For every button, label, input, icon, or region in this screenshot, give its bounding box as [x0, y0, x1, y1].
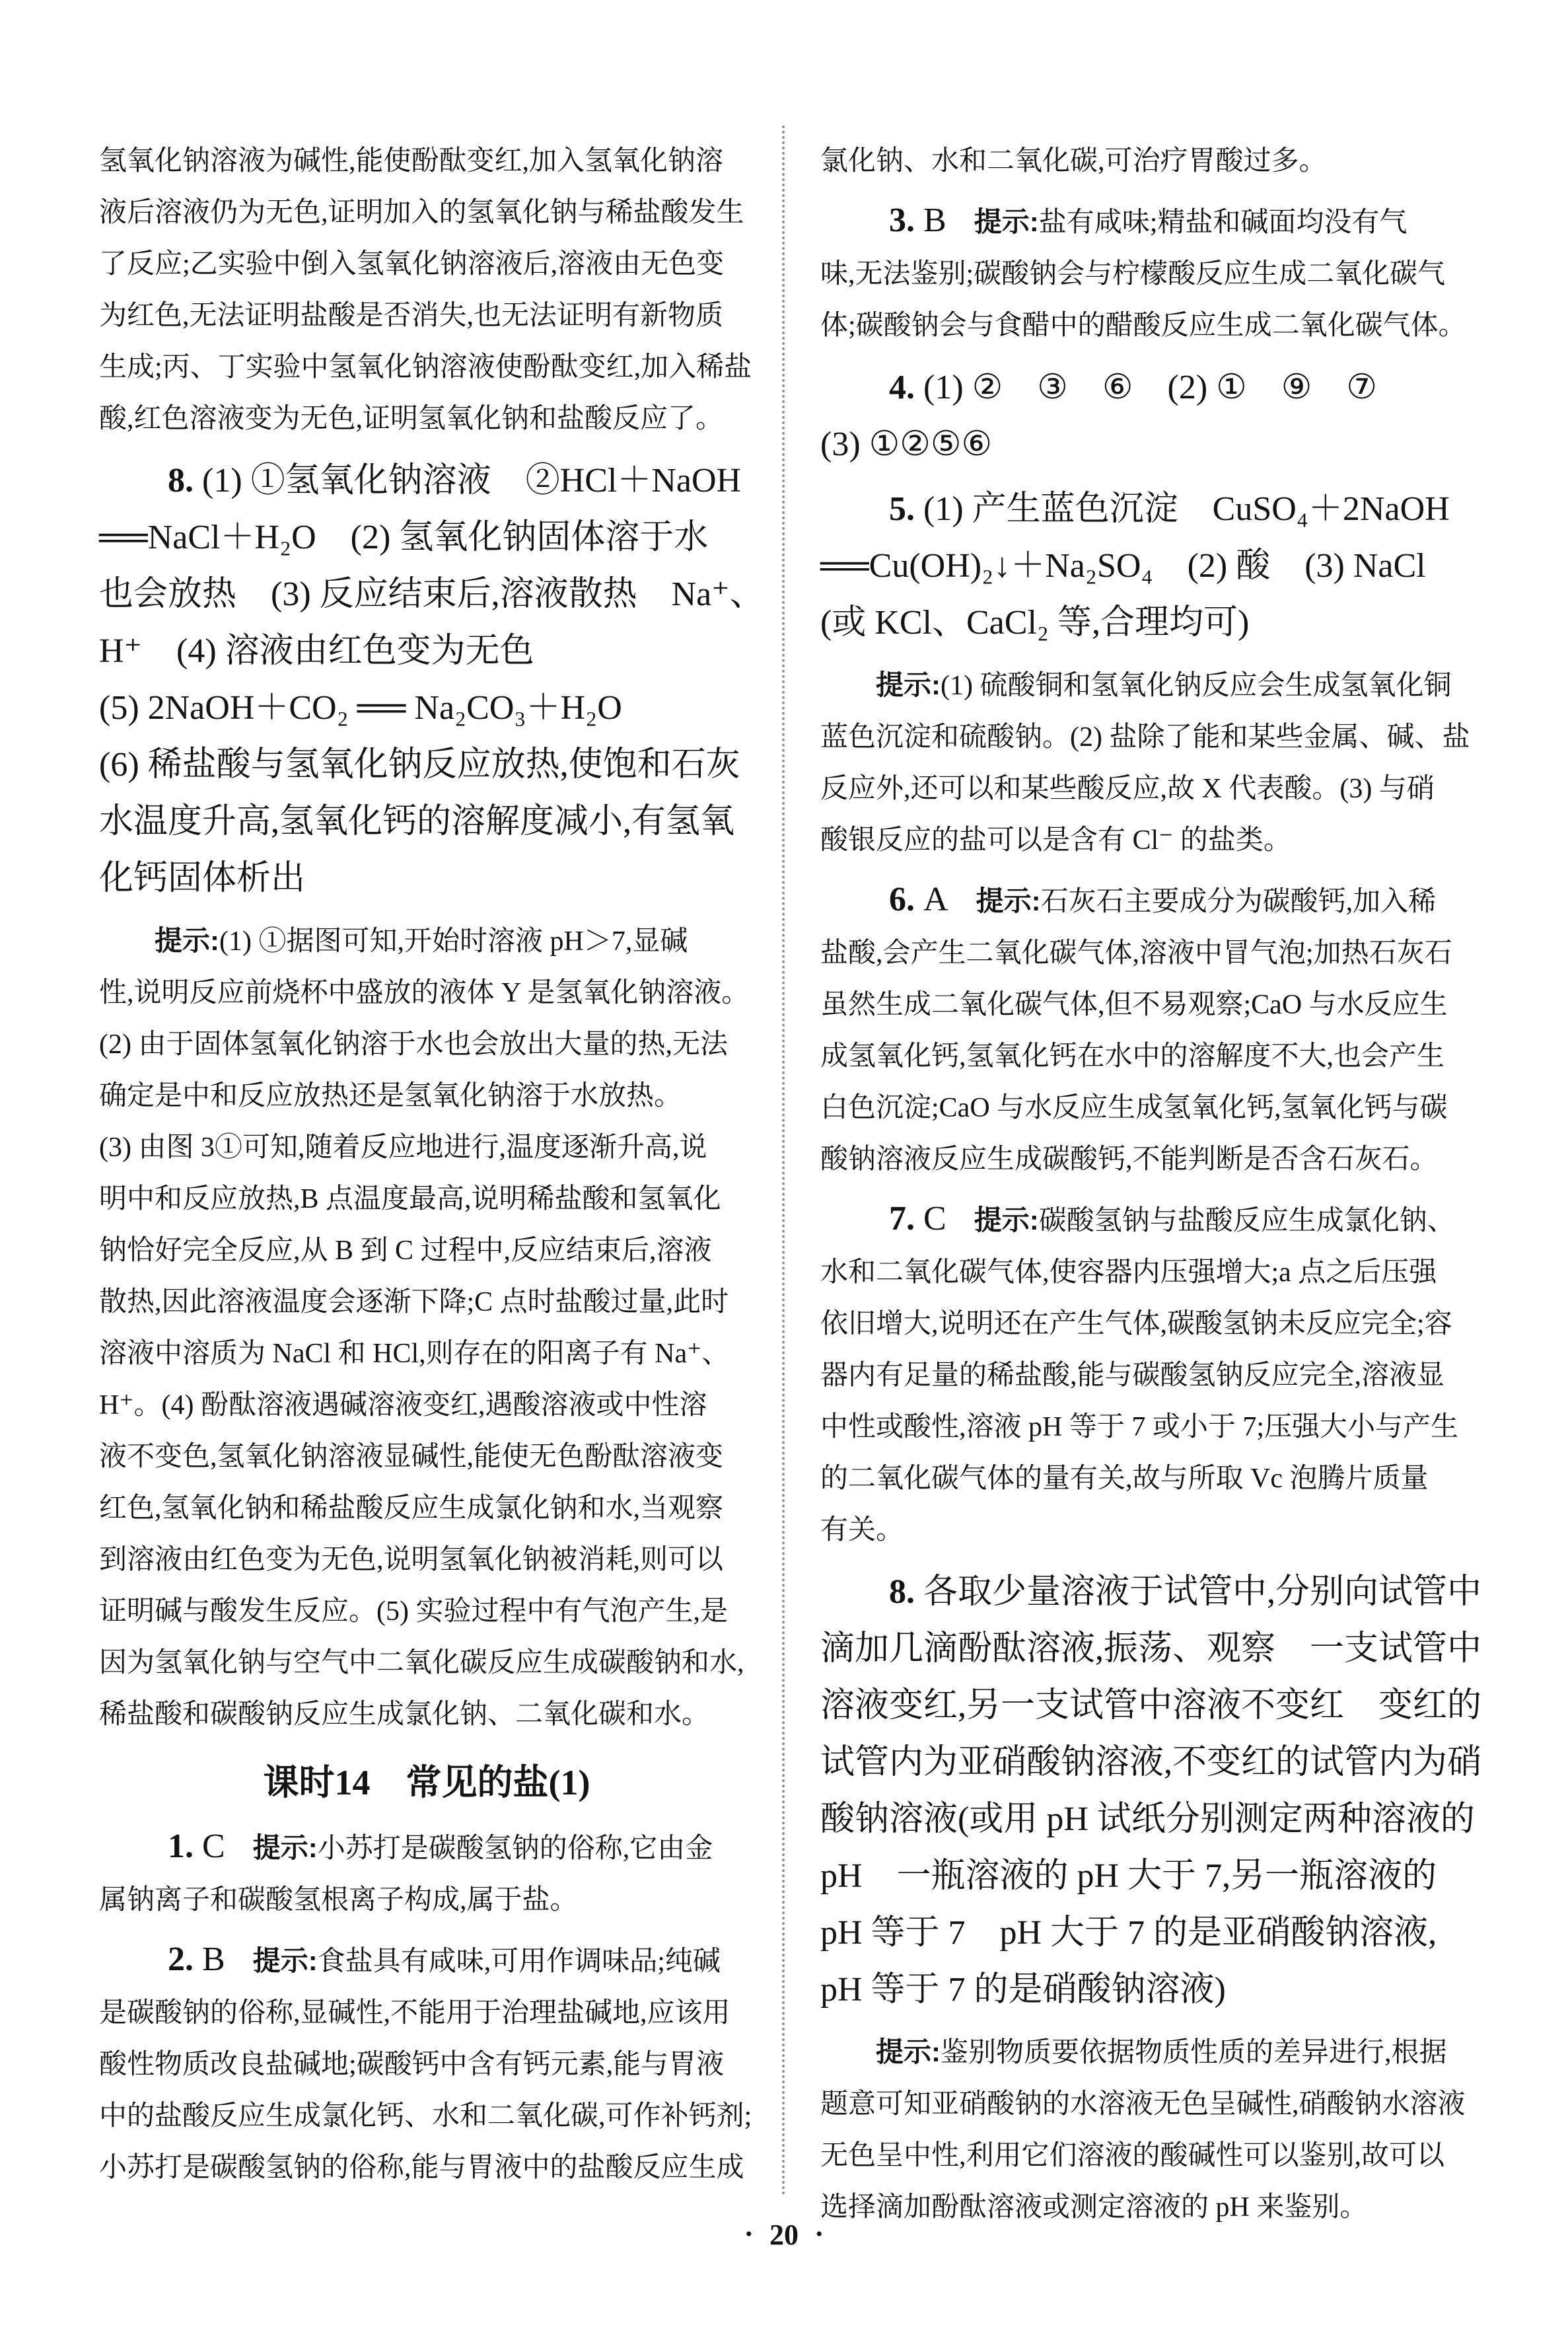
text-segment: 液后溶液仍为无色,证明加入的氢氧化钠与稀盐酸发生 [99, 198, 744, 228]
text-segment: 体;碳酸钠会与食醋中的醋酸反应生成二氧化碳气体。 [820, 311, 1466, 341]
text-segment: (1) ①氢氧化钠溶液 ②HCl＋NaOH [202, 462, 741, 499]
item-number: 3. [889, 202, 923, 239]
text-segment: (6) 稀盐酸与氢氧化钠反应放热,使饱和石灰 [99, 746, 740, 784]
text-segment: 题意可知亚硝酸钠的水溶液无色呈碱性,硝酸钠水溶液 [820, 2089, 1466, 2120]
text-line: 5. (1) 产生蓝色沉淀 CuSO₄＋2NaOH [820, 481, 1476, 538]
text-line: pH 等于 7 的是硝酸钠溶液) [820, 1962, 1476, 2018]
text-line: 为红色,无法证明盐酸是否消失,也无法证明有新物质 [99, 290, 754, 342]
text-line: 的二氧化碳气体的量有关,故与所取 Vc 泡腾片质量 [820, 1453, 1476, 1504]
text-segment: 溶液变红,另一支试管中溶液不变红 变红的 [820, 1687, 1481, 1724]
text-line: 也会放热 (3) 反应结束后,溶液散热 Na⁺、 [99, 566, 754, 623]
paragraph: 6. A 提示:石灰石主要成分为碳酸钙,加入稀盐酸,会产生二氧化碳气体,溶液中冒… [820, 874, 1476, 1185]
text-line: (3) ①②⑤⑥ [820, 416, 1476, 473]
text-line: 6. A 提示:石灰石主要成分为碳酸钙,加入稀 [820, 874, 1476, 928]
text-line: 溶液变红,另一支试管中溶液不变红 变红的 [820, 1678, 1476, 1734]
text-line: 中性或酸性,溶液 pH 等于 7 或小于 7;压强大小与产生 [820, 1401, 1476, 1453]
hint-label: 提示: [876, 2036, 941, 2067]
text-segment: ══NaCl＋H₂O (2) 氢氧化钠固体溶于水 [99, 519, 708, 556]
text-segment: 食盐具有咸味,可用作调味品;纯碱 [318, 1946, 721, 1977]
text-segment [99, 926, 155, 957]
text-segment: 也会放热 (3) 反应结束后,溶液散热 Na⁺、 [99, 575, 764, 613]
hint-label: 提示: [253, 1945, 318, 1976]
text-segment: 化钙固体析出 [99, 860, 305, 897]
text-segment: (2) 由于固体氢氧化钠溶于水也会放出大量的热,无法 [99, 1029, 728, 1060]
text-line: (或 KCl、CaCl₂ 等,合理均可) [820, 595, 1476, 651]
text-segment [99, 1940, 168, 1978]
item-number: 8. [820, 1573, 923, 1611]
text-segment: 证明碱与酸发生反应。(5) 实验过程中有气泡产生,是 [99, 1596, 728, 1627]
text-line: 是碳酸钠的俗称,显碱性,不能用于治理盐碱地,应该用 [99, 1987, 754, 2039]
text-line: 白色沉淀;CaO 与水反应生成氢氧化钙,氢氧化钙与碳 [820, 1082, 1476, 1134]
text-line: 中的盐酸反应生成氯化钙、水和二氧化碳,可作补钙剂; [99, 2090, 754, 2142]
text-segment: 盐酸,会产生二氧化碳气体,溶液中冒气泡;加热石灰石 [820, 938, 1452, 969]
item-number: 1. [168, 1827, 202, 1865]
text-segment: 酸钠溶液(或用 pH 试纸分别测定两种溶液的 [820, 1800, 1475, 1838]
text-segment: 中性或酸性,溶液 pH 等于 7 或小于 7;压强大小与产生 [820, 1412, 1458, 1442]
item-number: 2. [168, 1940, 202, 1978]
text-line: pH 等于 7 pH 大于 7 的是亚硝酸钠溶液, [820, 1905, 1476, 1962]
text-segment: 的二氧化碳气体的量有关,故与所取 Vc 泡腾片质量 [820, 1463, 1428, 1494]
text-line: 水温度升高,氢氧化钙的溶解度减小,有氢氧 [99, 793, 754, 850]
text-segment: 酸性物质改良盐碱地;碳酸钙中含有钙元素,能与胃液 [99, 2049, 724, 2080]
text-line: (2) 由于固体氢氧化钠溶于水也会放出大量的热,无法 [99, 1019, 754, 1070]
text-line: 提示:(1) 硫酸铜和氢氧化钠反应会生成氢氧化铜 [820, 659, 1476, 712]
text-segment: pH 一瓶溶液的 pH 大于 7,另一瓶溶液的 [820, 1857, 1437, 1895]
text-segment: 了反应;乙实验中倒入氢氧化钠溶液后,溶液由无色变 [99, 249, 724, 279]
text-segment: (1) ② ③ ⑥ (2) ① ⑨ ⑦ [923, 369, 1377, 406]
footer-dot-right: • [816, 2223, 823, 2245]
paragraph: 8. (1) ①氢氧化钠溶液 ②HCl＋NaOH══NaCl＋H₂O (2) 氢… [99, 453, 754, 907]
text-line: 蓝色沉淀和硫酸钠。(2) 盐除了能和某些金属、碱、盐 [820, 712, 1476, 763]
text-segment [820, 671, 876, 701]
text-line: 8. 各取少量溶液于试管中,分别向试管中 [820, 1564, 1476, 1621]
text-line: 明中和反应放热,B 点温度最高,说明稀盐酸和氢氧化 [99, 1173, 754, 1225]
text-line: 氯化钠、水和二氧化碳,可治疗胃酸过多。 [820, 135, 1476, 187]
text-line: 证明碱与酸发生反应。(5) 实验过程中有气泡产生,是 [99, 1586, 754, 1637]
text-segment: 小苏打是碳酸氢钠的俗称,它由金 [318, 1833, 713, 1864]
text-segment: 成氢氧化钙,氢氧化钙在水中的溶解度不大,也会产生 [820, 1041, 1444, 1072]
item-number: 5. [820, 490, 923, 528]
text-line: 小苏打是碳酸氢钠的俗称,能与胃液中的盐酸反应生成 [99, 2142, 754, 2194]
text-segment: 碳酸氢钠与盐酸反应生成氯化钠、 [1039, 1206, 1455, 1236]
text-segment: B [202, 1940, 225, 1978]
text-segment [225, 1946, 253, 1977]
text-segment [820, 202, 889, 239]
answer-page: 氢氧化钠溶液为碱性,能使酚酞变红,加入氢氧化钠溶液后溶液仍为无色,证明加入的氢氧… [0, 0, 1568, 2325]
hint-label: 提示: [974, 1204, 1039, 1236]
item-number: 4. [820, 369, 923, 406]
text-line: 性,说明反应前烧杯中盛放的液体 Y 是氢氧化钠溶液。 [99, 967, 754, 1019]
text-segment: 水和二氧化碳气体,使容器内压强增大;a 点之后压强 [820, 1257, 1437, 1288]
text-line: 到溶液由红色变为无色,说明氢氧化钠被消耗,则可以 [99, 1534, 754, 1586]
text-line: 溶液中溶质为 NaCl 和 HCl,则存在的阳离子有 Na⁺、 [99, 1328, 754, 1380]
text-segment: ══Cu(OH)₂↓＋Na₂SO₄ (2) 酸 (3) NaCl [820, 547, 1426, 585]
text-segment: (5) 2NaOH＋CO₂ ══ Na₂CO₃＋H₂O [99, 689, 622, 727]
text-segment: 稀盐酸和碳酸钠反应生成氯化钠、二氧化碳和水。 [99, 1699, 709, 1730]
text-line: 液后溶液仍为无色,证明加入的氢氧化钠与稀盐酸发生 [99, 187, 754, 239]
hint-label: 提示: [976, 885, 1041, 916]
text-line: 酸钠溶液(或用 pH 试纸分别测定两种溶液的 [820, 1791, 1476, 1848]
text-line: 试管内为亚硝酸钠溶液,不变红的试管内为硝 [820, 1734, 1476, 1791]
text-segment [820, 1200, 889, 1237]
text-segment [946, 207, 974, 238]
text-line: 水和二氧化碳气体,使容器内压强增大;a 点之后压强 [820, 1247, 1476, 1298]
text-line: 氢氧化钠溶液为碱性,能使酚酞变红,加入氢氧化钠溶 [99, 135, 754, 187]
text-segment: pH 等于 7 pH 大于 7 的是亚硝酸钠溶液, [820, 1914, 1437, 1952]
text-line: 1. C 提示:小苏打是碳酸氢钠的俗称,它由金 [99, 1821, 754, 1874]
text-line: 8. (1) ①氢氧化钠溶液 ②HCl＋NaOH [99, 453, 754, 509]
text-segment: C [923, 1200, 946, 1237]
text-segment: 各取少量溶液于试管中,分别向试管中 [923, 1573, 1481, 1611]
text-segment: pH 等于 7 的是硝酸钠溶液) [820, 1971, 1226, 2009]
text-segment: 酸银反应的盐可以是含有 Cl⁻ 的盐类。 [820, 825, 1291, 856]
text-line: 滴加几滴酚酞溶液,振荡、观察 一支试管中 [820, 1621, 1476, 1678]
hint-label: 提示: [155, 925, 219, 956]
paragraph: 1. C 提示:小苏打是碳酸氢钠的俗称,它由金属钠离子和碳酸氢根离子构成,属于盐… [99, 1821, 754, 1926]
column-left: 氢氧化钠溶液为碱性,能使酚酞变红,加入氢氧化钠溶液后溶液仍为无色,证明加入的氢氧… [99, 135, 754, 2194]
page-number: 20 [769, 2219, 799, 2251]
paragraph: 8. 各取少量溶液于试管中,分别向试管中滴加几滴酚酞溶液,振荡、观察 一支试管中… [820, 1564, 1476, 2018]
text-segment: 氯化钠、水和二氧化碳,可治疗胃酸过多。 [820, 146, 1327, 176]
text-line: 反应外,还可以和某些酸反应,故 X 代表酸。(3) 与硝 [820, 763, 1476, 815]
text-segment: A [923, 881, 948, 918]
text-segment [820, 2038, 876, 2068]
text-line: 了反应;乙实验中倒入氢氧化钠溶液后,溶液由无色变 [99, 239, 754, 290]
text-segment: 盐有咸味;精盐和碱面均没有气 [1039, 207, 1408, 238]
text-line: ══Cu(OH)₂↓＋Na₂SO₄ (2) 酸 (3) NaCl [820, 538, 1476, 595]
text-line: ══NaCl＋H₂O (2) 氢氧化钠固体溶于水 [99, 509, 754, 566]
text-segment: H⁺。(4) 酚酞溶液遇碱溶液变红,遇酸溶液或中性溶 [99, 1390, 707, 1421]
text-line: 酸性物质改良盐碱地;碳酸钙中含有钙元素,能与胃液 [99, 2039, 754, 2090]
text-segment: 确定是中和反应放热还是氢氧化钠溶于水放热。 [99, 1081, 682, 1111]
text-segment: C [202, 1827, 225, 1865]
text-segment [820, 881, 889, 918]
text-line: 酸钠溶液反应生成碳酸钙,不能判断是否含石灰石。 [820, 1134, 1476, 1185]
text-segment: 钠恰好完全反应,从 B 到 C 过程中,反应结束后,溶液 [99, 1236, 712, 1266]
text-segment: 红色,氢氧化钠和稀盐酸反应生成氯化钠和水,当观察 [99, 1493, 723, 1524]
text-line: 化钙固体析出 [99, 850, 754, 907]
text-line: 无色呈中性,利用它们溶液的酸碱性可以鉴别,故可以 [820, 2130, 1476, 2182]
text-line: 课时14 常见的盐(1) [99, 1752, 754, 1813]
text-line: 盐酸,会产生二氧化碳气体,溶液中冒气泡;加热石灰石 [820, 928, 1476, 979]
text-line: 红色,氢氧化钠和稀盐酸反应生成氯化钠和水,当观察 [99, 1483, 754, 1534]
paragraph: 提示:(1) ①据图可知,开始时溶液 pH＞7,显碱性,说明反应前烧杯中盛放的液… [99, 915, 754, 1740]
text-line: (5) 2NaOH＋CO₂ ══ Na₂CO₃＋H₂O [99, 680, 754, 737]
text-segment: 明中和反应放热,B 点温度最高,说明稀盐酸和氢氧化 [99, 1184, 721, 1214]
text-segment: 酸钠溶液反应生成碳酸钙,不能判断是否含石灰石。 [820, 1144, 1438, 1175]
text-line: 液不变色,氢氧化钠溶液显碱性,能使无色酚酞溶液变 [99, 1431, 754, 1483]
text-segment: (或 KCl、CaCl₂ 等,合理均可) [820, 604, 1249, 642]
text-segment: 中的盐酸反应生成氯化钙、水和二氧化碳,可作补钙剂; [99, 2101, 752, 2131]
text-segment: 鉴别物质要依据物质性质的差异进行,根据 [941, 2038, 1447, 2068]
text-line: 4. (1) ② ③ ⑥ (2) ① ⑨ ⑦ [820, 359, 1476, 416]
paragraph: 4. (1) ② ③ ⑥ (2) ① ⑨ ⑦(3) ①②⑤⑥ [820, 359, 1476, 473]
text-segment: 器内有足量的稀盐酸,能与碳酸氢钠反应完全,溶液显 [820, 1360, 1444, 1391]
text-segment [946, 1206, 974, 1236]
text-segment: 性,说明反应前烧杯中盛放的液体 Y 是氢氧化钠溶液。 [99, 978, 749, 1008]
text-segment [99, 1827, 168, 1865]
text-segment: 因为氢氧化钠与空气中二氧化碳反应生成碳酸钠和水, [99, 1648, 744, 1678]
text-line: 2. B 提示:食盐具有咸味,可用作调味品;纯碱 [99, 1934, 754, 1987]
item-number: 6. [889, 881, 923, 918]
text-line: 有关。 [820, 1504, 1476, 1556]
text-line: 因为氢氧化钠与空气中二氧化碳反应生成碳酸钠和水, [99, 1637, 754, 1689]
text-line: 3. B 提示:盐有咸味;精盐和碱面均没有气 [820, 195, 1476, 248]
paragraph: 氯化钠、水和二氧化碳,可治疗胃酸过多。 [820, 135, 1476, 187]
text-segment: 有关。 [820, 1515, 904, 1545]
text-segment: 课时14 常见的盐(1) [264, 1763, 590, 1802]
text-segment: 滴加几滴酚酞溶液,振荡、观察 一支试管中 [820, 1630, 1481, 1668]
column-right: 氯化钠、水和二氧化碳,可治疗胃酸过多。 3. B 提示:盐有咸味;精盐和碱面均没… [820, 135, 1476, 2233]
text-line: 酸银反应的盐可以是含有 Cl⁻ 的盐类。 [820, 815, 1476, 866]
paragraph: 3. B 提示:盐有咸味;精盐和碱面均没有气味,无法鉴别;碳酸钠会与柠檬酸反应生… [820, 195, 1476, 351]
text-line: 器内有足量的稀盐酸,能与碳酸氢钠反应完全,溶液显 [820, 1350, 1476, 1401]
text-segment: (1) 硫酸铜和氢氧化钠反应会生成氢氧化铜 [941, 671, 1451, 701]
text-line: 生成;丙、丁实验中氢氧化钠溶液使酚酞变红,加入稀盐 [99, 342, 754, 393]
text-segment: 反应外,还可以和某些酸反应,故 X 代表酸。(3) 与硝 [820, 774, 1435, 804]
hint-label: 提示: [974, 206, 1039, 237]
text-segment: 蓝色沉淀和硫酸钠。(2) 盐除了能和某些金属、碱、盐 [820, 722, 1470, 753]
paragraph: 2. B 提示:食盐具有咸味,可用作调味品;纯碱是碳酸钠的俗称,显碱性,不能用于… [99, 1934, 754, 2194]
footer-dot-left: • [745, 2223, 752, 2245]
text-segment: 虽然生成二氧化碳气体,但不易观察;CaO 与水反应生 [820, 990, 1448, 1020]
text-segment: 是碳酸钠的俗称,显碱性,不能用于治理盐碱地,应该用 [99, 1998, 731, 2028]
text-segment: 味,无法鉴别;碳酸钠会与柠檬酸反应生成二氧化碳气 [820, 259, 1445, 289]
text-segment: 为红色,无法证明盐酸是否消失,也无法证明有新物质 [99, 301, 723, 331]
text-line: H⁺ (4) 溶液由红色变为无色 [99, 623, 754, 680]
text-segment: 溶液中溶质为 NaCl 和 HCl,则存在的阳离子有 Na⁺、 [99, 1339, 729, 1369]
text-segment: 石灰石主要成分为碳酸钙,加入稀 [1041, 887, 1437, 917]
text-segment: (1) 产生蓝色沉淀 CuSO₄＋2NaOH [923, 490, 1450, 528]
text-line: 体;碳酸钠会与食醋中的醋酸反应生成二氧化碳气体。 [820, 300, 1476, 351]
text-segment: 氢氧化钠溶液为碱性,能使酚酞变红,加入氢氧化钠溶 [99, 146, 723, 176]
text-line: 题意可知亚硝酸钠的水溶液无色呈碱性,硝酸钠水溶液 [820, 2079, 1476, 2130]
text-segment: 散热,因此溶液温度会逐渐下降;C 点时盐酸过量,此时 [99, 1287, 729, 1317]
text-line: 钠恰好完全反应,从 B 到 C 过程中,反应结束后,溶液 [99, 1225, 754, 1276]
text-segment: 依旧增大,说明还在产生气体,碳酸氢钠未反应完全;容 [820, 1309, 1452, 1339]
text-segment: 小苏打是碳酸氢钠的俗称,能与胃液中的盐酸反应生成 [99, 2153, 744, 2183]
section-heading: 课时14 常见的盐(1) [99, 1752, 754, 1813]
item-number: 8. [99, 462, 202, 499]
paragraph: 氢氧化钠溶液为碱性,能使酚酞变红,加入氢氧化钠溶液后溶液仍为无色,证明加入的氢氧… [99, 135, 754, 445]
text-segment: 酸,红色溶液变为无色,证明氢氧化钠和盐酸反应了。 [99, 404, 723, 434]
paragraph: 提示:鉴别物质要依据物质性质的差异进行,根据题意可知亚硝酸钠的水溶液无色呈碱性,… [820, 2026, 1476, 2233]
text-line: 虽然生成二氧化碳气体,但不易观察;CaO 与水反应生 [820, 979, 1476, 1031]
text-segment: (3) 由图 3①可知,随着反应地进行,温度逐渐升高,说 [99, 1132, 707, 1163]
text-line: 味,无法鉴别;碳酸钠会与柠檬酸反应生成二氧化碳气 [820, 248, 1476, 300]
hint-label: 提示: [876, 669, 941, 700]
text-segment: 液不变色,氢氧化钠溶液显碱性,能使无色酚酞溶液变 [99, 1442, 723, 1472]
page-footer: •20• [0, 2215, 1568, 2255]
text-segment [948, 887, 976, 917]
text-line: 依旧增大,说明还在产生气体,碳酸氢钠未反应完全;容 [820, 1298, 1476, 1350]
text-segment: 水温度升高,氢氧化钙的溶解度减小,有氢氧 [99, 803, 734, 840]
text-line: 成氢氧化钙,氢氧化钙在水中的溶解度不大,也会产生 [820, 1031, 1476, 1082]
text-segment: 白色沉淀;CaO 与水反应生成氢氧化钙,氢氧化钙与碳 [820, 1093, 1448, 1123]
text-line: 确定是中和反应放热还是氢氧化钠溶于水放热。 [99, 1070, 754, 1122]
text-line: 属钠离子和碳酸氢根离子构成,属于盐。 [99, 1874, 754, 1926]
text-line: pH 一瓶溶液的 pH 大于 7,另一瓶溶液的 [820, 1848, 1476, 1905]
text-segment [225, 1833, 253, 1864]
text-segment: 生成;丙、丁实验中氢氧化钠溶液使酚酞变红,加入稀盐 [99, 352, 752, 383]
text-segment: (3) ①②⑤⑥ [820, 425, 992, 463]
text-line: H⁺。(4) 酚酞溶液遇碱溶液变红,遇酸溶液或中性溶 [99, 1380, 754, 1431]
text-segment: B [923, 202, 946, 239]
paragraph: 5. (1) 产生蓝色沉淀 CuSO₄＋2NaOH══Cu(OH)₂↓＋Na₂S… [820, 481, 1476, 651]
text-segment: 试管内为亚硝酸钠溶液,不变红的试管内为硝 [820, 1744, 1481, 1781]
text-line: 散热,因此溶液温度会逐渐下降;C 点时盐酸过量,此时 [99, 1276, 754, 1328]
text-line: 稀盐酸和碳酸钠反应生成氯化钠、二氧化碳和水。 [99, 1689, 754, 1740]
text-line: (6) 稀盐酸与氢氧化钠反应放热,使饱和石灰 [99, 737, 754, 793]
hint-label: 提示: [253, 1832, 318, 1863]
text-segment: (1) ①据图可知,开始时溶液 pH＞7,显碱 [219, 926, 688, 957]
item-number: 7. [889, 1200, 923, 1237]
text-segment: 到溶液由红色变为无色,说明氢氧化钠被消耗,则可以 [99, 1545, 723, 1575]
text-segment: 无色呈中性,利用它们溶液的酸碱性可以鉴别,故可以 [820, 2141, 1444, 2171]
text-line: 7. C 提示:碳酸氢钠与盐酸反应生成氯化钠、 [820, 1193, 1476, 1247]
column-divider [782, 126, 785, 2197]
paragraph: 7. C 提示:碳酸氢钠与盐酸反应生成氯化钠、水和二氧化碳气体,使容器内压强增大… [820, 1193, 1476, 1556]
text-segment: 属钠离子和碳酸氢根离子构成,属于盐。 [99, 1885, 578, 1915]
text-line: (3) 由图 3①可知,随着反应地进行,温度逐渐升高,说 [99, 1122, 754, 1173]
text-segment: H⁺ (4) 溶液由红色变为无色 [99, 632, 534, 670]
text-line: 酸,红色溶液变为无色,证明氢氧化钠和盐酸反应了。 [99, 393, 754, 445]
text-line: 提示:(1) ①据图可知,开始时溶液 pH＞7,显碱 [99, 915, 754, 967]
paragraph: 提示:(1) 硫酸铜和氢氧化钠反应会生成氢氧化铜蓝色沉淀和硫酸钠。(2) 盐除了… [820, 659, 1476, 866]
text-line: 提示:鉴别物质要依据物质性质的差异进行,根据 [820, 2026, 1476, 2079]
